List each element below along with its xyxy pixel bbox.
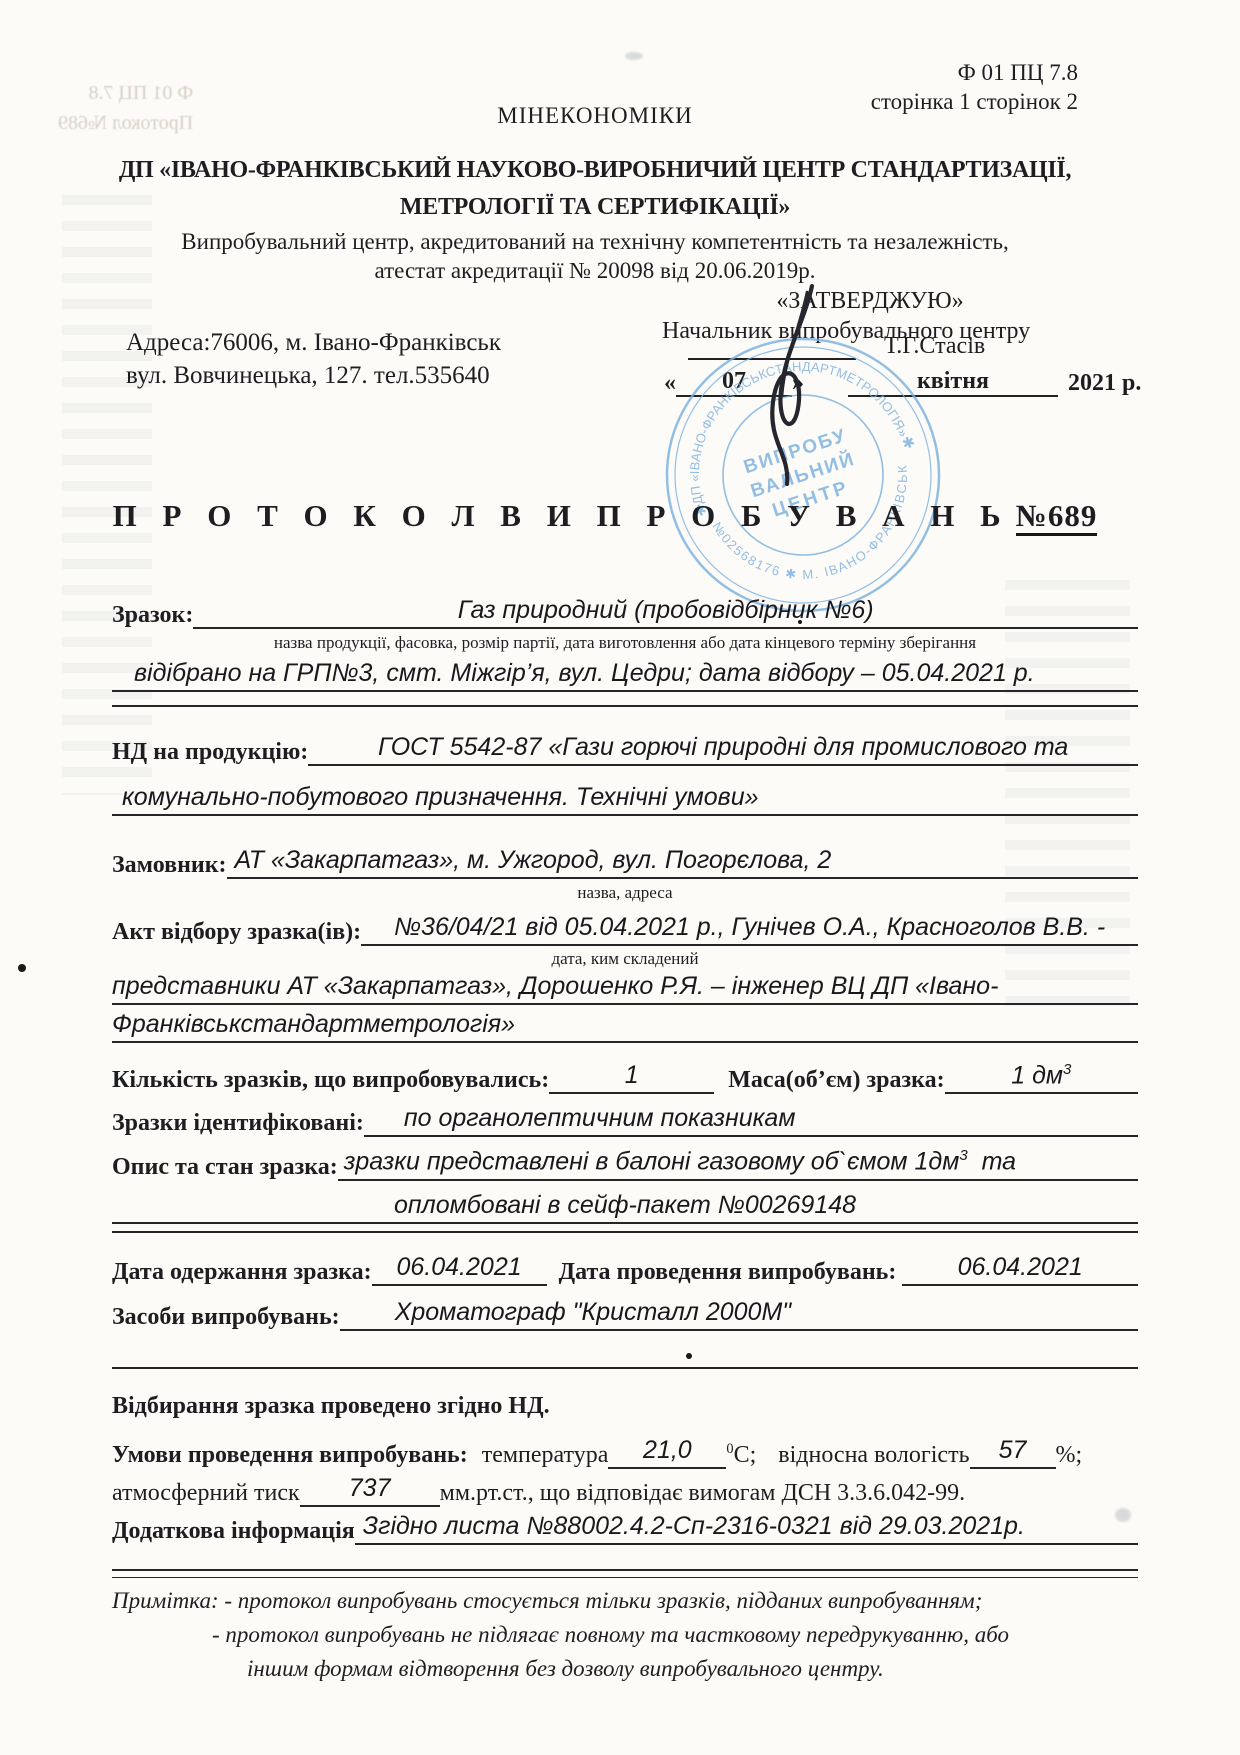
temperature-label: температура [482, 1442, 609, 1469]
protocol-document: Ф 01 ПЦ 7.8 Протокол №689 Ф 01 ПЦ 7.8 ст… [0, 0, 1240, 1755]
identified-label: Зразки ідентифіковані: [112, 1110, 364, 1137]
nd-row2: комунально-побутового призначення. Техні… [112, 783, 1138, 816]
ministry-title: МІНЕКОНОМІКИ [0, 103, 1190, 129]
act-value-line1: №36/04/21 від 05.04.2021 р., Гунічев О.А… [361, 913, 1138, 946]
address-line1: Адреса:76006, м. Івано-Франківськ [126, 326, 501, 359]
act-value-line2: представники АТ «Закарпатгаз», Дорошенко… [112, 972, 1138, 1005]
blank-rule [112, 705, 1138, 707]
date-tested-value: 06.04.2021 [902, 1253, 1138, 1286]
act-row2: представники АТ «Закарпатгаз», Дорошенко… [112, 972, 1138, 1005]
address-line2: вул. Вовчинецька, 127. тел.535640 [126, 359, 501, 392]
address-block: Адреса:76006, м. Івано-Франківськ вул. В… [126, 326, 501, 392]
quantity-label: Кількість зразків, що випробовувались: [112, 1067, 549, 1094]
note-label: Примітка: [112, 1588, 219, 1613]
mass-value-text: 1 дм [1011, 1061, 1063, 1089]
separator-rule [112, 1569, 1138, 1571]
approval-year: 2021 р. [1068, 370, 1141, 397]
sample-row: Зразок: Газ природний (пробовідбірник №6… [112, 596, 1138, 629]
act-row3: Франківськстандартметрологія» [112, 1010, 1138, 1043]
temperature-value: 21,0 [608, 1436, 726, 1469]
mass-value-sup: 3 [1063, 1061, 1071, 1078]
title-text: П Р О Т О К О Л В И П Р О Б У В А Н Ь [113, 498, 1010, 533]
degree-unit: С; [734, 1442, 757, 1468]
separator-rule [112, 1577, 1138, 1578]
conditions-label: Умови проведення випробувань: [112, 1442, 468, 1469]
sample-caption: назва продукції, фасовка, розмір партії,… [112, 631, 1138, 655]
customer-value: АТ «Закарпатгаз», м. Ужгород, вул. Погор… [227, 846, 1138, 879]
humidity-label: відносна вологість [778, 1442, 969, 1469]
degree-sup: 0 [726, 1441, 733, 1457]
additional-value: Згідно листа №88002.4.2-Сп-2316-0321 від… [355, 1512, 1138, 1545]
note-line1-text: - протокол випробувань стосується тільки… [224, 1588, 982, 1613]
customer-caption: назва, адреса [112, 881, 1138, 905]
act-caption: дата, ким складений [112, 947, 1138, 971]
act-row: Акт відбору зразка(ів): №36/04/21 від 05… [112, 913, 1138, 946]
note-block: Примітка: - протокол випробувань стосуєт… [112, 1584, 1138, 1686]
sample-label: Зразок: [112, 602, 193, 629]
description-line1-tail: та [968, 1148, 1016, 1176]
signature-scribble-icon [712, 278, 882, 493]
date-received-value: 06.04.2021 [372, 1253, 547, 1286]
description-row2: опломбовані в сейф-пакет №00269148 [112, 1191, 1138, 1224]
blank-rule [112, 1367, 1138, 1369]
identified-value: по органолептичним показникам [364, 1104, 1138, 1137]
sampling-note: Відбирання зразка проведено згідно НД. [112, 1393, 550, 1420]
stamp-star-right: ✱ [900, 434, 917, 453]
description-value-line1: зразки представлені в балоні газовому об… [338, 1147, 1138, 1180]
title-number: №689 [1016, 498, 1098, 536]
note-line1: Примітка: - протокол випробувань стосуєт… [112, 1584, 1138, 1618]
act-label: Акт відбору зразка(ів): [112, 919, 361, 946]
description-row: Опис та стан зразка: зразки представлені… [112, 1147, 1138, 1180]
equipment-label: Засоби випробувань: [112, 1304, 340, 1331]
protocol-body: Зразок: Газ природний (пробовідбірник №6… [112, 596, 1138, 1686]
organization-name-line2: МЕТРОЛОГІЇ ТА СЕРТИФІКАЦІЇ» [0, 194, 1190, 221]
temperature-unit: 0С; [726, 1441, 756, 1469]
date-received-label: Дата одержання зразка: [112, 1259, 372, 1286]
act-value-line3: Франківськстандартметрологія» [112, 1010, 1138, 1043]
equipment-row: Засоби випробувань: Хроматограф "Кристал… [112, 1298, 1138, 1331]
customer-row: Замовник: АТ «Закарпатгаз», м. Ужгород, … [112, 846, 1138, 879]
nd-label: НД на продукцію: [112, 739, 308, 766]
accreditation-line1: Випробувальний центр, акредитований на т… [0, 229, 1190, 255]
scan-speck [18, 964, 26, 972]
additional-label: Додаткова інформація [112, 1518, 355, 1545]
sampling-note-row: Відбирання зразка проведено згідно НД. [112, 1393, 1138, 1420]
nd-value-line1: ГОСТ 5542-87 «Гази горючі природні для п… [308, 733, 1138, 766]
humidity-unit: %; [1056, 1442, 1083, 1469]
equipment-value: Хроматограф "Кристалл 2000М" [340, 1298, 1138, 1331]
sample-line2: відібрано на ГРП№3, смт. Міжгір’я, вул. … [112, 659, 1138, 692]
note-line3: іншим формам відтворення без дозволу вип… [112, 1652, 1138, 1686]
mass-label: Маса(об’єм) зразка: [728, 1067, 944, 1094]
pressure-value: 737 [300, 1474, 440, 1507]
form-code: Ф 01 ПЦ 7.8 [871, 58, 1078, 87]
quantity-row: Кількість зразків, що випробовувались: 1… [112, 1061, 1138, 1094]
date-tested-label: Дата проведення випробувань: [559, 1259, 897, 1286]
humidity-value: 57 [970, 1436, 1056, 1469]
double-rule [112, 1231, 1138, 1233]
organization-name-line1: ДП «ІВАНО-ФРАНКІВСЬКИЙ НАУКОВО-ВИРОБНИЧИ… [0, 157, 1190, 184]
pressure-label: атмосферний тиск [112, 1480, 300, 1507]
description-value-line2: опломбовані в сейф-пакет №00269148 [112, 1191, 1138, 1224]
nd-value-line2: комунально-побутового призначення. Техні… [112, 783, 1138, 816]
mass-value: 1 дм3 [945, 1061, 1138, 1094]
dates-row: Дата одержання зразка: 06.04.2021 Дата п… [112, 1253, 1138, 1286]
sample-line2-row: відібрано на ГРП№3, смт. Міжгір’я, вул. … [112, 659, 1138, 692]
description-label: Опис та стан зразка: [112, 1154, 338, 1181]
sample-value: Газ природний (пробовідбірник №6) [193, 596, 1138, 629]
note-line2: - протокол випробувань не підлягає повно… [112, 1618, 1138, 1652]
additional-row: Додаткова інформація Згідно листа №88002… [112, 1512, 1138, 1545]
scan-smudge [625, 52, 643, 60]
pressure-tail: мм.рт.ст., що відповідає вимогам ДСН 3.3… [440, 1480, 966, 1507]
nd-row: НД на продукцію: ГОСТ 5542-87 «Гази горю… [112, 733, 1138, 766]
customer-label: Замовник: [112, 852, 227, 879]
accreditation-line2: атестат акредитації № 20098 від 20.06.20… [0, 258, 1190, 284]
identified-row: Зразки ідентифіковані: по органолептични… [112, 1104, 1138, 1137]
document-title: П Р О Т О К О Л В И П Р О Б У В А Н Ь№68… [0, 498, 1210, 534]
pressure-row: атмосферний тиск 737 мм.рт.ст., що відпо… [112, 1474, 1138, 1507]
description-line1-sup: 3 [959, 1147, 967, 1164]
conditions-row: Умови проведення випробувань: температур… [112, 1436, 1138, 1469]
description-line1-text: зразки представлені в балоні газовому об… [344, 1148, 960, 1176]
quantity-value: 1 [549, 1061, 714, 1094]
